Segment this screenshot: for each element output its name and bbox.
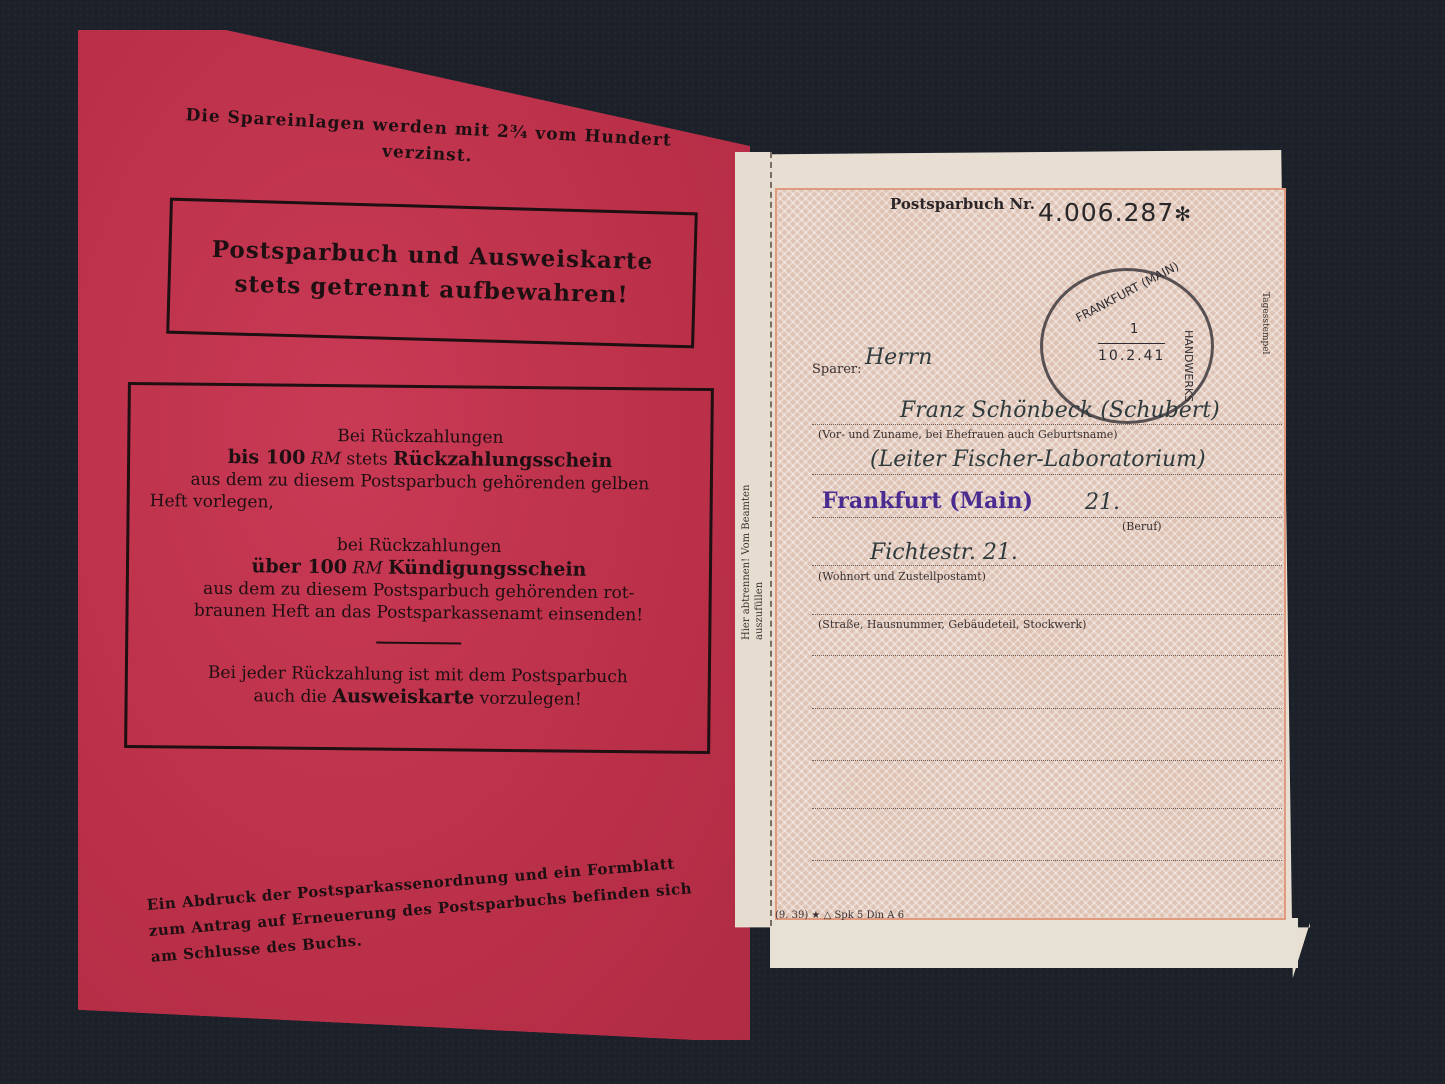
block3-post: vorzulegen!: [480, 689, 582, 710]
city-stamp: Frankfurt (Main): [822, 488, 1033, 514]
occupation-handwritten: (Leiter Fischer-Laboratorium): [870, 447, 1206, 472]
repayment-slip-term: Rückzahlungsschein: [393, 448, 612, 472]
form-bottom-margin: [770, 918, 1298, 968]
blank-line-2: [812, 708, 1282, 709]
book-number-value: 4.006.287: [1038, 198, 1174, 227]
postmark-date: 10.2.41: [1098, 343, 1165, 364]
repayment-instructions-box: Bei Rückzahlungen bis 100 RM stets Rückz…: [124, 382, 714, 754]
saver-salutation: Herrn: [865, 345, 932, 370]
blank-line-1: [812, 655, 1282, 656]
currency-rm: RM: [352, 558, 382, 578]
notice-slip-term: Kündigungsschein: [388, 557, 587, 581]
block2-line4: braunen Heft an das Postsparkassenamt ei…: [128, 599, 708, 627]
street-handwritten: Fichtestr. 21.: [870, 540, 1018, 565]
saver-name: Franz Schönbeck (Schubert): [900, 398, 1220, 423]
book-number: 4.006.287✻: [1038, 198, 1192, 227]
name-caption: (Vor- und Zuname, bei Ehefrauen auch Geb…: [818, 428, 1118, 441]
day-stamp-label: Tagesstempel: [1260, 292, 1270, 354]
address-line: [812, 614, 1282, 615]
asterisk-icon: ✻: [1174, 202, 1192, 226]
repayment-block-small: Bei Rückzahlungen bis 100 RM stets Rückz…: [130, 423, 711, 518]
postmark-side-text: HANDWERKS: [1182, 330, 1195, 402]
residence-line: [812, 565, 1282, 566]
id-card-term: Ausweiskarte: [332, 685, 474, 708]
amount-over-100: über 100: [251, 555, 347, 578]
residence-caption: (Wohnort und Zustellpostamt): [818, 570, 986, 583]
amount-up-to-100: bis 100: [228, 446, 306, 469]
occupation-caption: (Beruf): [1122, 520, 1162, 533]
printer-mark: (9. 39) ★ △ Spk 5 Din A 6: [775, 910, 904, 921]
blank-line-3: [812, 760, 1282, 761]
block1-mid: stets: [346, 449, 387, 469]
occupation-line-2: [812, 517, 1282, 518]
stub-instruction: Hier abtrennen! Vom Beamten auszufüllen: [740, 440, 770, 640]
name-line: [812, 424, 1282, 425]
guilloche-form-area: [775, 188, 1286, 920]
address-caption: (Straße, Hausnummer, Gebäudeteil, Stockw…: [818, 618, 1086, 631]
currency-rm: RM: [311, 449, 341, 469]
repayment-block-id: Bei jeder Rückzahlung ist mit dem Postsp…: [128, 661, 708, 712]
warning-box: Postsparbuch und Ausweiskarte stets getr…: [166, 198, 698, 349]
book-number-label: Postsparbuch Nr.: [890, 195, 1035, 213]
blank-line-5: [812, 860, 1282, 861]
postmark-office: 1: [1130, 322, 1138, 337]
blank-line-4: [812, 808, 1282, 809]
footnote: Ein Abdruck der Postsparkassenordnung un…: [146, 848, 710, 970]
section-divider: [376, 642, 461, 645]
occupation-line-1: [812, 474, 1282, 475]
city-suffix: 21.: [1085, 490, 1120, 515]
block3-pre: auch die: [253, 686, 327, 707]
repayment-block-large: bei Rückzahlungen über 100 RM Kündigungs…: [128, 532, 709, 627]
interest-notice: Die Spareinlagen werden mit 2¾ vom Hunde…: [157, 101, 699, 181]
left-page-red-insert: Die Spareinlagen werden mit 2¾ vom Hunde…: [78, 30, 750, 1040]
saver-label: Sparer:: [812, 362, 861, 377]
